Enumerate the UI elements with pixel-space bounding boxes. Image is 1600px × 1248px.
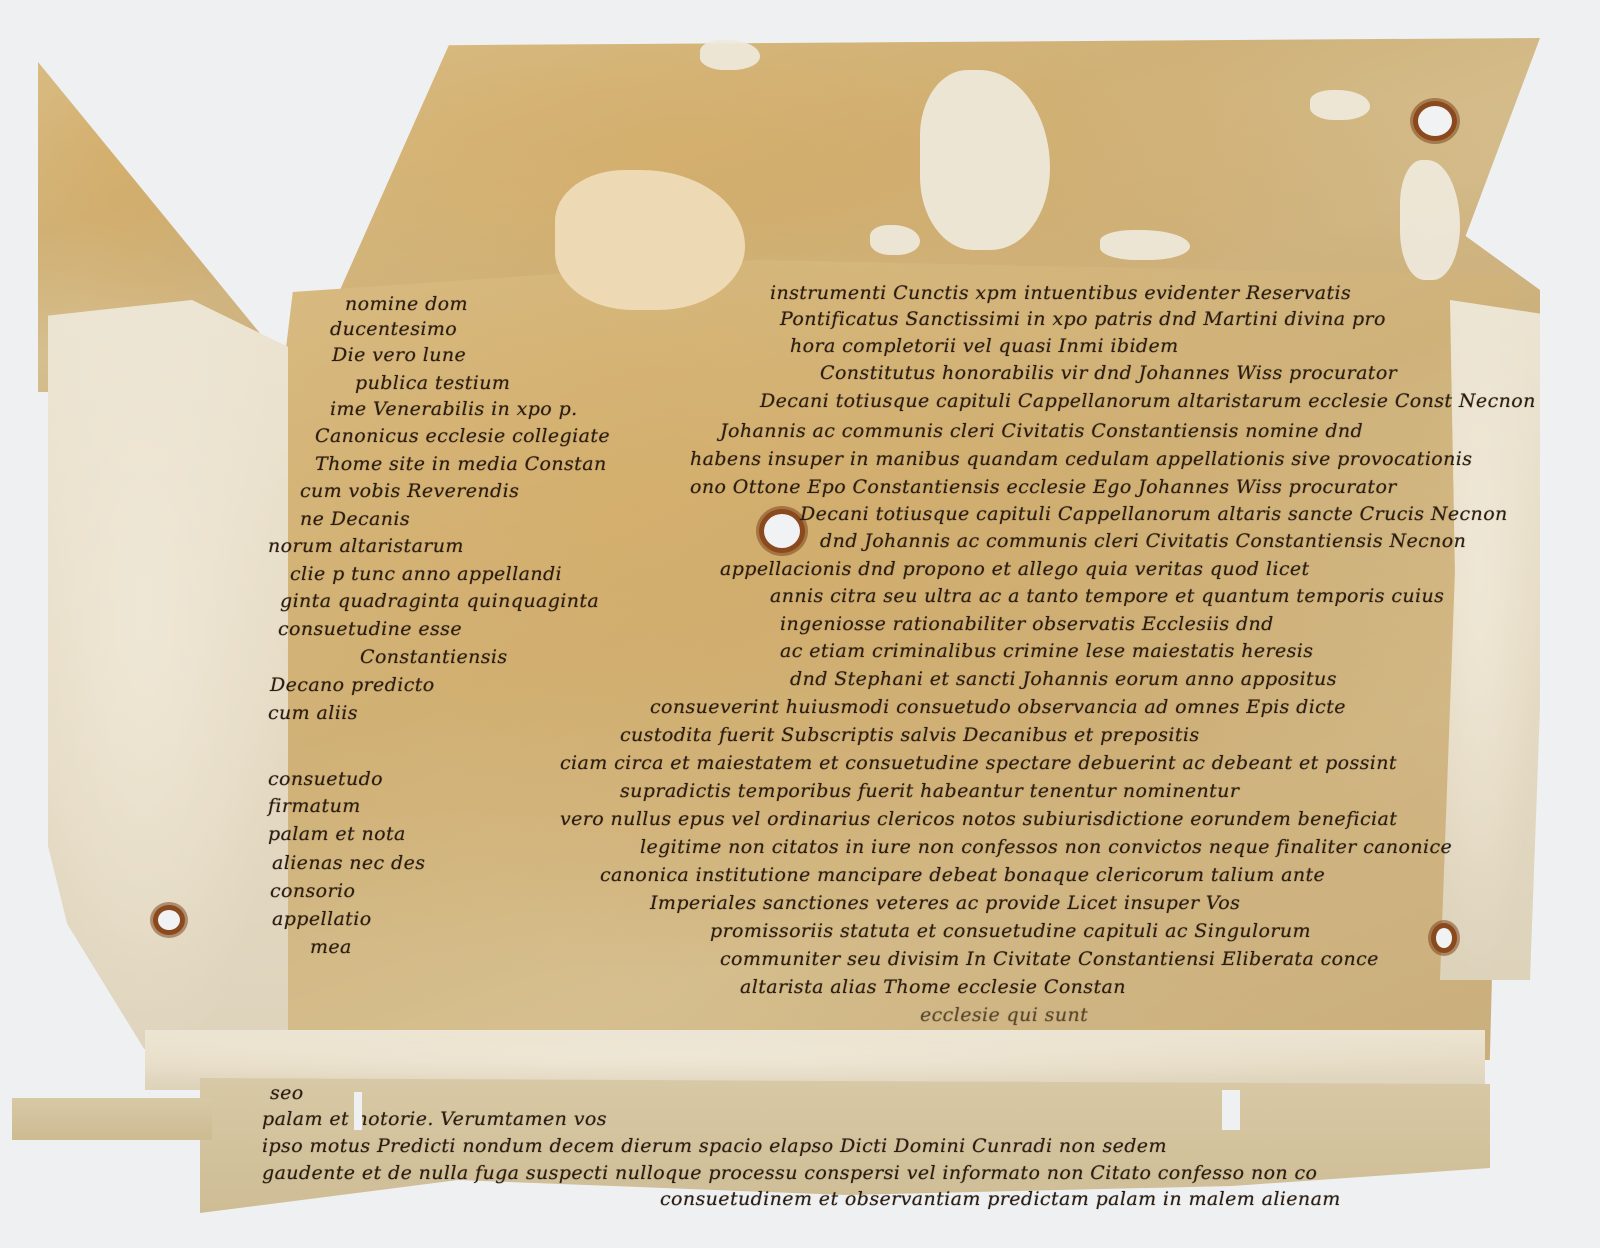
text-line: ime Venerabilis in xpo p. [330,398,578,420]
text-line: publica testium [355,372,510,394]
text-line: consuetudine esse [278,618,462,640]
text-line: ne Decanis [300,508,410,530]
text-line: consorio [270,880,355,902]
text-line: Thome site in media Constan [315,453,607,475]
text-line: nomine dom [345,293,468,315]
text-line: ono Ottone Epo Constantiensis ecclesie E… [690,476,1397,498]
text-line: altarista alias Thome ecclesie Constan [740,976,1126,998]
text-line: Pontificatus Sanctissimi in xpo patris d… [780,308,1386,330]
lower-left-tab [12,1098,212,1140]
text-line: instrumenti Cunctis xpm intuentibus evid… [770,282,1351,304]
text-line: custodita fuerit Subscriptis salvis Deca… [620,724,1200,746]
text-line: vero nullus epus vel ordinarius clericos… [560,808,1397,830]
burn-hole [1418,106,1452,136]
text-line: consuetudo [268,768,383,790]
text-line: mea [310,936,352,958]
text-line: annis citra seu ultra ac a tanto tempore… [770,585,1444,607]
text-line: ipso motus Predicti nondum decem dierum … [262,1135,1167,1157]
text-line: ciam circa et maiestatem et consuetudine… [560,752,1397,774]
parchment-loss [700,40,760,70]
text-line: cum aliis [268,702,358,724]
text-line: Decano predicto [270,674,435,696]
left-backing-paper [48,300,288,1080]
text-line: ingeniosse rationabiliter observatis Ecc… [780,613,1274,635]
text-line: legitime non citatos in iure non confess… [640,836,1452,858]
text-line: appellatio [272,908,372,930]
text-line: communiter seu divisim In Civitate Const… [720,948,1379,970]
text-line: dnd Stephani et sancti Johannis eorum an… [790,668,1337,690]
text-line: Die vero lune [332,344,466,366]
text-line: clie p tunc anno appellandi [290,563,562,585]
text-line: seo [270,1082,304,1104]
text-line: habens insuper in manibus quandam cedula… [690,448,1472,470]
text-line: consueverint huiusmodi consuetudo observ… [650,696,1346,718]
burn-hole [1436,928,1452,948]
text-line: Johannis ac communis cleri Civitatis Con… [720,420,1363,442]
parchment-loss [1310,90,1370,120]
text-line: supradictis temporibus fuerit habeantur … [620,780,1239,802]
text-line: ducentesimo [330,318,457,340]
text-line: norum altaristarum [268,535,464,557]
text-line: alienas nec des [272,852,425,874]
text-line: hora completorii vel quasi Inmi ibidem [790,335,1179,357]
text-line: Imperiales sanctiones veteres ac provide… [650,892,1240,914]
text-line: consuetudinem et observantiam predictam … [660,1188,1341,1210]
text-line: palam et notorie. Verumtamen vos [262,1108,607,1130]
text-line: ecclesie qui sunt [920,1004,1088,1026]
burn-hole [158,910,180,930]
text-line: Canonicus ecclesie collegiate [315,425,610,447]
text-line: canonica institutione mancipare debeat b… [600,864,1325,886]
parchment-loss [870,225,920,255]
text-line: Constantiensis [360,646,508,668]
parchment-loss [1100,230,1190,260]
parchment-tear [1222,1090,1240,1130]
text-line: gaudente et de nulla fuga suspecti nullo… [262,1162,1317,1184]
text-line: palam et nota [268,823,406,845]
text-line: promissoriis statuta et consuetudine cap… [710,920,1311,942]
text-line: cum vobis Reverendis [300,480,519,502]
text-line: dnd Johannis ac communis cleri Civitatis… [820,530,1466,552]
text-line: appellacionis dnd propono et allego quia… [720,558,1310,580]
parchment-tear [354,1092,362,1130]
text-line: Constitutus honorabilis vir dnd Johannes… [820,362,1397,384]
text-line: firmatum [268,795,361,817]
burn-hole [764,514,800,548]
text-line: Decani totiusque capituli Cappellanorum … [800,503,1508,525]
text-line: Decani totiusque capituli Cappellanorum … [760,390,1536,412]
text-line: ginta quadraginta quinquaginta [280,590,599,612]
text-line: ac etiam criminalibus crimine lese maies… [780,640,1313,662]
